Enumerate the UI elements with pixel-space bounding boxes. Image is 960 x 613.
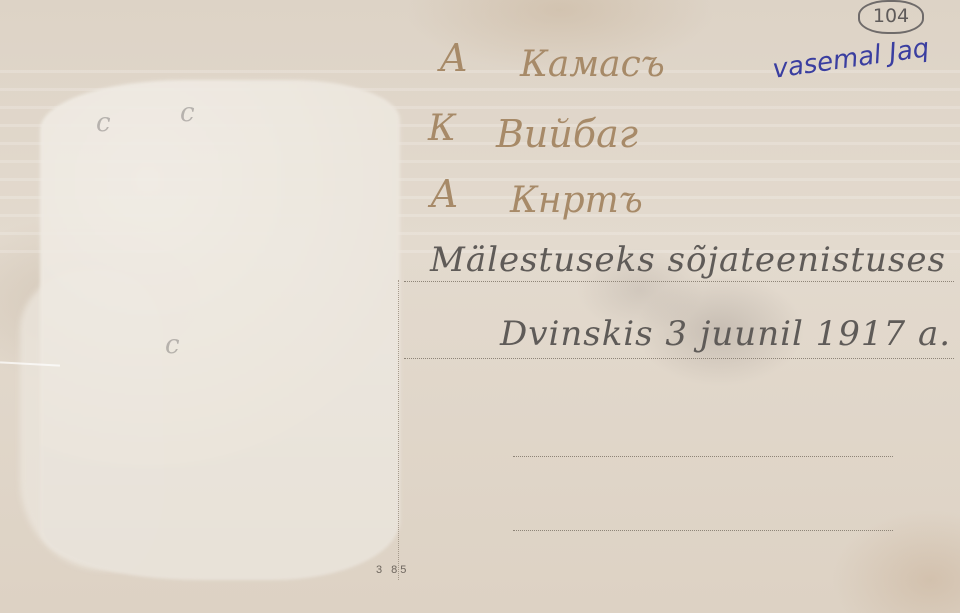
address-line — [404, 358, 954, 359]
ink-initial: A — [440, 36, 467, 80]
address-line — [513, 530, 893, 531]
postcard-back: c c c 104 vasemal Jaq A Камасъ К Вийбаг … — [0, 0, 960, 613]
address-line — [513, 456, 893, 457]
faded-pencil-mark: c — [165, 330, 180, 360]
faded-pencil-mark: c — [180, 98, 195, 128]
circled-catalog-number: 104 — [858, 0, 924, 34]
ink-initial: К — [428, 108, 456, 149]
printed-code: 3 85 — [376, 564, 409, 576]
center-divider — [398, 280, 399, 580]
ink-signature: Вийбаг — [496, 112, 638, 156]
faded-pencil-mark: c — [96, 108, 111, 138]
pencil-date-line: Dvinskis 3 juunil 1917 a. — [500, 314, 951, 354]
address-line — [404, 281, 954, 282]
ink-signature: Кнртъ — [510, 180, 643, 221]
peeled-paper-area — [40, 80, 400, 580]
pencil-message-line: Mälestuseks sõjateenistuses — [430, 240, 946, 280]
ink-signature: Камасъ — [520, 44, 665, 85]
ink-initial: А — [430, 172, 459, 216]
